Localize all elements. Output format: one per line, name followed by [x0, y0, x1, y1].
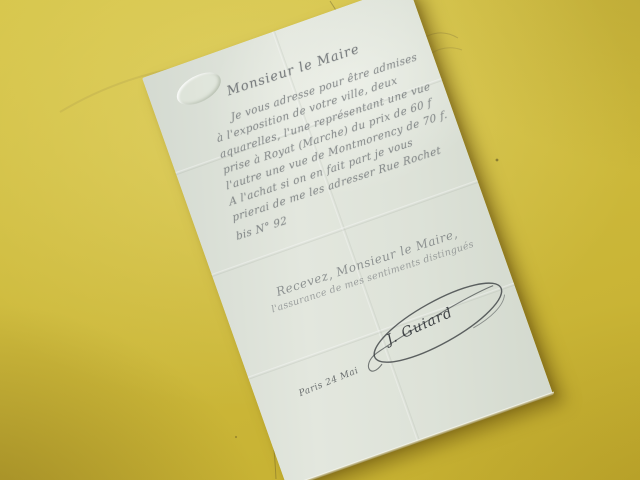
date-line: Paris 24 Mai: [298, 366, 361, 399]
photo-of-letter: Monsieur le Maire Je vous adresse pour ê…: [0, 0, 640, 480]
